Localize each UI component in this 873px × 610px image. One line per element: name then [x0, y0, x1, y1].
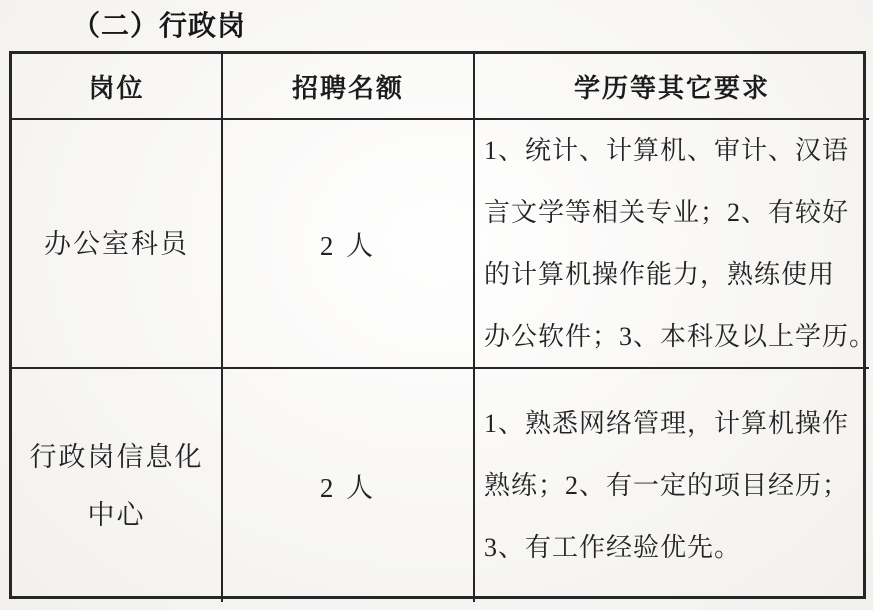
recruitment-table: 岗位 招聘名额 学历等其它要求 办公室科员 2 人 1、统计、计算机、审计、汉语… [9, 51, 866, 599]
table-row-2-quota-cell: 2 人 [223, 369, 475, 602]
table-row-2-position-cell: 行政岗信息化 中心 [12, 369, 223, 602]
header-position: 岗位 [12, 54, 223, 120]
section-title: （二）行政岗 [72, 4, 246, 44]
position-label: 办公室科员 [44, 215, 189, 273]
header-quota: 招聘名额 [223, 54, 475, 120]
requirement-line: 熟练；2、有一定的项目经历； [484, 455, 849, 517]
position-label: 行政岗信息化 [30, 428, 204, 486]
requirement-line: 1、熟悉网络管理，计算机操作 [484, 393, 849, 455]
position-label: 中心 [88, 486, 146, 544]
requirement-line: 办公软件；3、本科及以上学历。 [484, 306, 869, 368]
table-row-1-requirements-cell: 1、统计、计算机、审计、汉语 言文学等相关专业；2、有较好 的计算机操作能力，熟… [475, 120, 869, 369]
table-row-1-quota-cell: 2 人 [223, 120, 475, 369]
requirement-line: 3、有工作经验优先。 [484, 517, 741, 579]
table-row-2-requirements-cell: 1、熟悉网络管理，计算机操作 熟练；2、有一定的项目经历； 3、有工作经验优先。 [475, 369, 869, 602]
requirement-line: 的计算机操作能力，熟练使用 [484, 244, 835, 306]
header-requirements: 学历等其它要求 [475, 54, 869, 120]
requirement-line: 1、统计、计算机、审计、汉语 [484, 120, 849, 182]
requirement-line: 言文学等相关专业；2、有较好 [484, 182, 849, 244]
table-row-1-position-cell: 办公室科员 [12, 120, 223, 369]
